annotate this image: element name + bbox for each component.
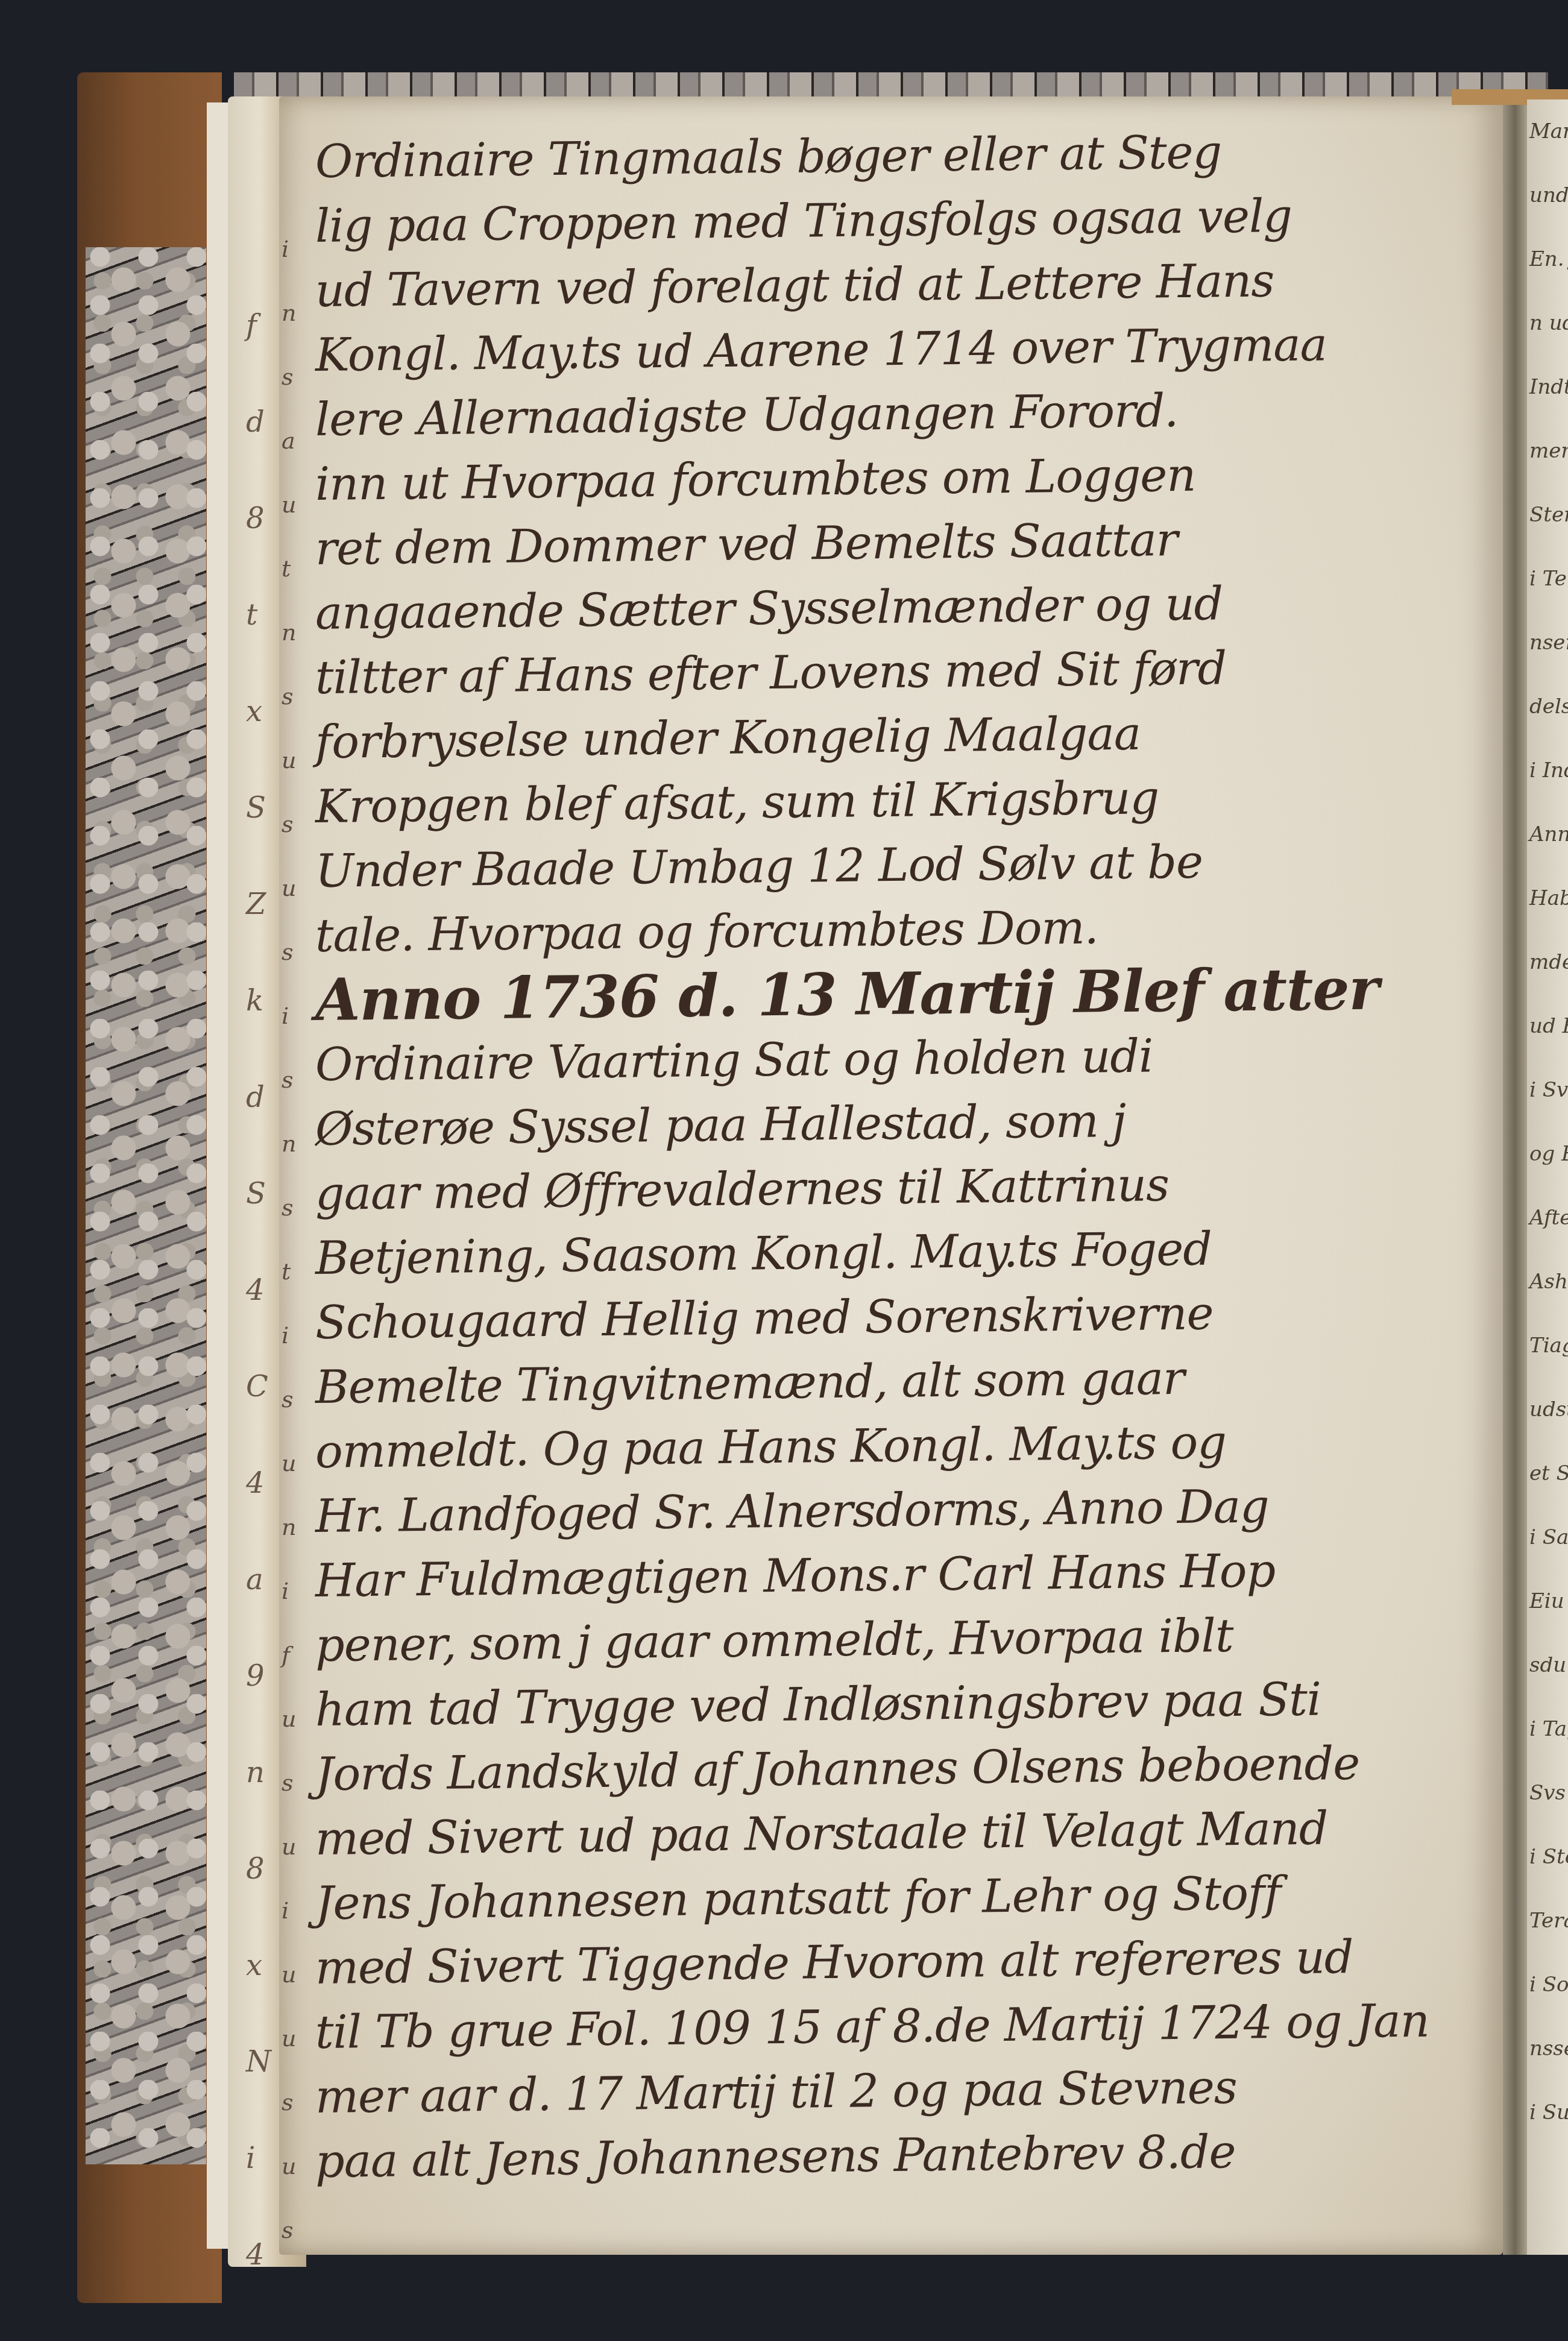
manuscript-line: med Sivert Tiggende Hvorom alt refereres… <box>315 1927 1479 1996</box>
facing-page-fragment: Martsgenunde JansEn. Johansn udalfIndten… <box>1527 99 1568 2255</box>
manuscript-line: lig paa Croppen med Tingsfolgs ogsaa vel… <box>315 185 1479 254</box>
facing-page-line: sdu <box>1527 1633 1568 1697</box>
facing-page-line: et Ston <box>1527 1441 1568 1505</box>
manuscript-line: Kongl. May.ts ud Aarene 1714 over Trygma… <box>315 314 1479 383</box>
margin-mark: u <box>282 728 318 792</box>
facing-page-line: nsse <box>1527 2017 1568 2081</box>
manuscript-line: Under Baade Umbag 12 Lod Sølv at be <box>315 830 1479 900</box>
facing-page-line: i Indtenges <box>1527 739 1568 802</box>
manuscript-line: forbryselse under Kongelig Maalgaa <box>315 701 1479 770</box>
facing-page-line: Indtener <box>1527 355 1568 419</box>
facing-page-line: Asherman <box>1527 1250 1568 1314</box>
margin-mark: n <box>282 281 318 345</box>
manuscript-line: ommeldt. Og paa Hans Kongl. May.ts og <box>315 1411 1479 1480</box>
manuscript-line: Hr. Landfoged Sr. Alnersdorms, Anno Dag <box>315 1475 1479 1545</box>
margin-mark: s <box>282 2070 318 2134</box>
facing-page-line: Martsgen <box>1527 99 1568 163</box>
margin-mark: u <box>282 1431 318 1495</box>
margin-mark: i <box>282 984 318 1048</box>
bleed-through-mark: 8 <box>246 470 271 567</box>
margin-mark: s <box>282 920 318 984</box>
margin-mark: n <box>282 1112 318 1176</box>
bleed-through-mark: i <box>246 2110 271 2207</box>
marbled-cover-paper <box>86 247 206 2164</box>
margin-mark: u <box>282 1687 318 1751</box>
margin-mark: i <box>282 1303 318 1367</box>
manuscript-line: pener, som j gaar ommeldt, Hvorpaa iblt <box>315 1604 1479 1674</box>
manuscript-line: ret dem Dommer ved Bemelts Saattar <box>315 508 1479 577</box>
bleed-through-mark: x <box>246 1917 271 2014</box>
margin-mark: u <box>282 1815 318 1879</box>
book-gutter <box>1503 96 1527 2255</box>
margin-mark: n <box>282 1495 318 1559</box>
margin-mark: s <box>282 1048 318 1112</box>
manuscript-line: mer aar d. 17 Martij til 2 og paa Stevne… <box>315 2056 1479 2125</box>
margin-mark: u <box>282 856 318 920</box>
margin-mark: u <box>282 2006 318 2070</box>
facing-page-line: Eiu <box>1527 1569 1568 1633</box>
bleed-through-mark: 8 <box>246 1821 271 1917</box>
manuscript-line: ham tad Trygge ved Indløsningsbrev paa S… <box>315 1669 1479 1738</box>
facing-page-line: Anno 1735 <box>1527 802 1568 866</box>
manuscript-line: angaaende Sætter Sysselmænder og ud <box>315 572 1479 641</box>
facing-page-line: Aftenis <box>1527 1186 1568 1250</box>
bleed-through-mark: d <box>246 374 271 470</box>
margin-mark: t <box>282 1240 318 1303</box>
manuscript-line: til Tb grue Fol. 109 15 af 8.de Martij 1… <box>315 1991 1479 2061</box>
bleed-through-mark: 4 <box>246 1435 271 1531</box>
bleed-through-mark: S <box>246 760 271 856</box>
margin-mark: u <box>282 473 318 537</box>
manuscript-line: Ordinaire Tingmaals bøger eller at Steg <box>315 121 1479 190</box>
bleed-through-mark: k <box>246 953 271 1049</box>
book: fd8txSZkdS4C4a9n8xNi4 insautnsususisnsti… <box>77 72 1568 2303</box>
bleed-through-mark: d <box>246 1049 271 1145</box>
facing-page-line: unde Jans <box>1527 163 1568 227</box>
facing-page-line: Tiag <box>1527 1314 1568 1378</box>
manuscript-line: lere Allernaadigste Udgangen Forord. <box>315 379 1479 448</box>
facing-page-line: og Eiuften <box>1527 1122 1568 1186</box>
bleed-through-mark: f <box>246 277 271 374</box>
manuscript-line: Schougaard Hellig med Sorenskriverne <box>315 1282 1479 1351</box>
manuscript-line: ud Tavern ved forelagt tid at Lettere Ha… <box>315 250 1479 319</box>
facing-page-line: En. Johans <box>1527 227 1568 291</box>
bleed-through-mark: N <box>246 2014 271 2110</box>
margin-mark: i <box>282 1559 318 1623</box>
margin-mark: s <box>282 1751 318 1815</box>
facing-page-line: Svs <box>1527 1761 1568 1825</box>
bleed-through-mark: 4 <box>246 1242 271 1338</box>
manuscript-page: insautnsususisnstisunifusuiuusus Ordinai… <box>279 96 1503 2255</box>
facing-page-line: Tera <box>1527 1889 1568 1953</box>
margin-mark: f <box>282 1623 318 1687</box>
handwritten-text: Ordinaire Tingmaals bøger eller at Stegl… <box>315 133 1479 2197</box>
manuscript-line: Bemelte Tingvitnemænd, alt som gaar <box>315 1346 1479 1416</box>
manuscript-line: Jords Landskyld af Johannes Olsens beboe… <box>315 1733 1479 1803</box>
manuscript-line: Østerøe Syssel paa Hallestad, som j <box>315 1088 1479 1158</box>
facing-page-line: udstgaa <box>1527 1378 1568 1441</box>
facing-page-line: i Sud <box>1527 2081 1568 2144</box>
manuscript-line: med Sivert ud paa Norstaale til Velagt M… <box>315 1798 1479 1867</box>
stack-notes: fd8txSZkdS4C4a9n8xNi4 <box>246 277 271 2303</box>
facing-page-line: Haby Sim <box>1527 866 1568 930</box>
manuscript-line: Betjening, Saasom Kongl. May.ts Foged <box>315 1217 1479 1287</box>
facing-page-line: i Svens <box>1527 1058 1568 1122</box>
margin-mark: s <box>282 1176 318 1240</box>
facing-page-line: men ult <box>1527 419 1568 483</box>
facing-page-line: mdesleds <box>1527 930 1568 994</box>
manuscript-line: Har Fuldmægtigen Mons.r Carl Hans Hop <box>315 1540 1479 1609</box>
bleed-through-mark: x <box>246 663 271 760</box>
margin-mark: i <box>282 1879 318 1942</box>
facing-page-line: ud Forrel <box>1527 994 1568 1058</box>
manuscript-line: paa alt Jens Johannesens Pantebrev 8.de <box>315 2120 1479 2190</box>
margin-mark: s <box>282 345 318 409</box>
bleed-through-mark: Z <box>246 856 271 953</box>
bleed-through-mark: 9 <box>246 1628 271 1724</box>
facing-page-line: i Tenw <box>1527 547 1568 611</box>
facing-page-line: i Tag <box>1527 1697 1568 1761</box>
margin-mark: u <box>282 2134 318 2198</box>
facing-page-line: dels <box>1527 675 1568 739</box>
margin-mark: s <box>282 2198 318 2262</box>
facing-page-line: nsemand <box>1527 611 1568 675</box>
facing-page-line: i Sagen <box>1527 1505 1568 1569</box>
margin-mark: t <box>282 537 318 600</box>
manuscript-line: tiltter af Hans efter Lovens med Sit før… <box>315 637 1479 706</box>
facing-page-line: i Ster <box>1527 1825 1568 1889</box>
manuscript-line: inn ut Hvorpaa forcumbtes om Loggen <box>315 443 1479 512</box>
facing-page-line: Ster <box>1527 483 1568 547</box>
flyleaf <box>207 102 231 2249</box>
bleed-through-mark: n <box>246 1724 271 1821</box>
left-margin-notes: insautnsususisnstisunifusuiuusus <box>282 217 318 2262</box>
bleed-through-mark: S <box>246 1145 271 1242</box>
margin-mark: u <box>282 1942 318 2006</box>
facing-page-line: n udalf <box>1527 291 1568 355</box>
bleed-through-mark: C <box>246 1338 271 1435</box>
margin-mark: s <box>282 792 318 856</box>
margin-mark: i <box>282 217 318 281</box>
manuscript-line: gaar med Øffrevaldernes til Kattrinus <box>315 1153 1479 1222</box>
margin-mark: n <box>282 600 318 664</box>
manuscript-line: Ordinaire Vaarting Sat og holden udi <box>315 1024 1479 1093</box>
marbled-top-edge <box>234 72 1548 96</box>
bleed-through-mark: 4 <box>246 2207 271 2303</box>
margin-mark: s <box>282 664 318 728</box>
bleed-through-mark: t <box>246 567 271 663</box>
manuscript-line: Anno 1736 d. 13 Martij Blef atter <box>315 959 1479 1029</box>
margin-mark: a <box>282 409 318 473</box>
manuscript-line: tale. Hvorpaa og forcumbtes Dom. <box>315 895 1479 964</box>
facing-page-line: i Sor <box>1527 1953 1568 2017</box>
margin-mark: s <box>282 1367 318 1431</box>
bleed-through-mark: a <box>246 1531 271 1628</box>
manuscript-line: Kropgen blef afsat, sum til Krigsbrug <box>315 766 1479 835</box>
manuscript-line: Jens Johannesen pantsatt for Lehr og Sto… <box>315 1862 1479 1932</box>
